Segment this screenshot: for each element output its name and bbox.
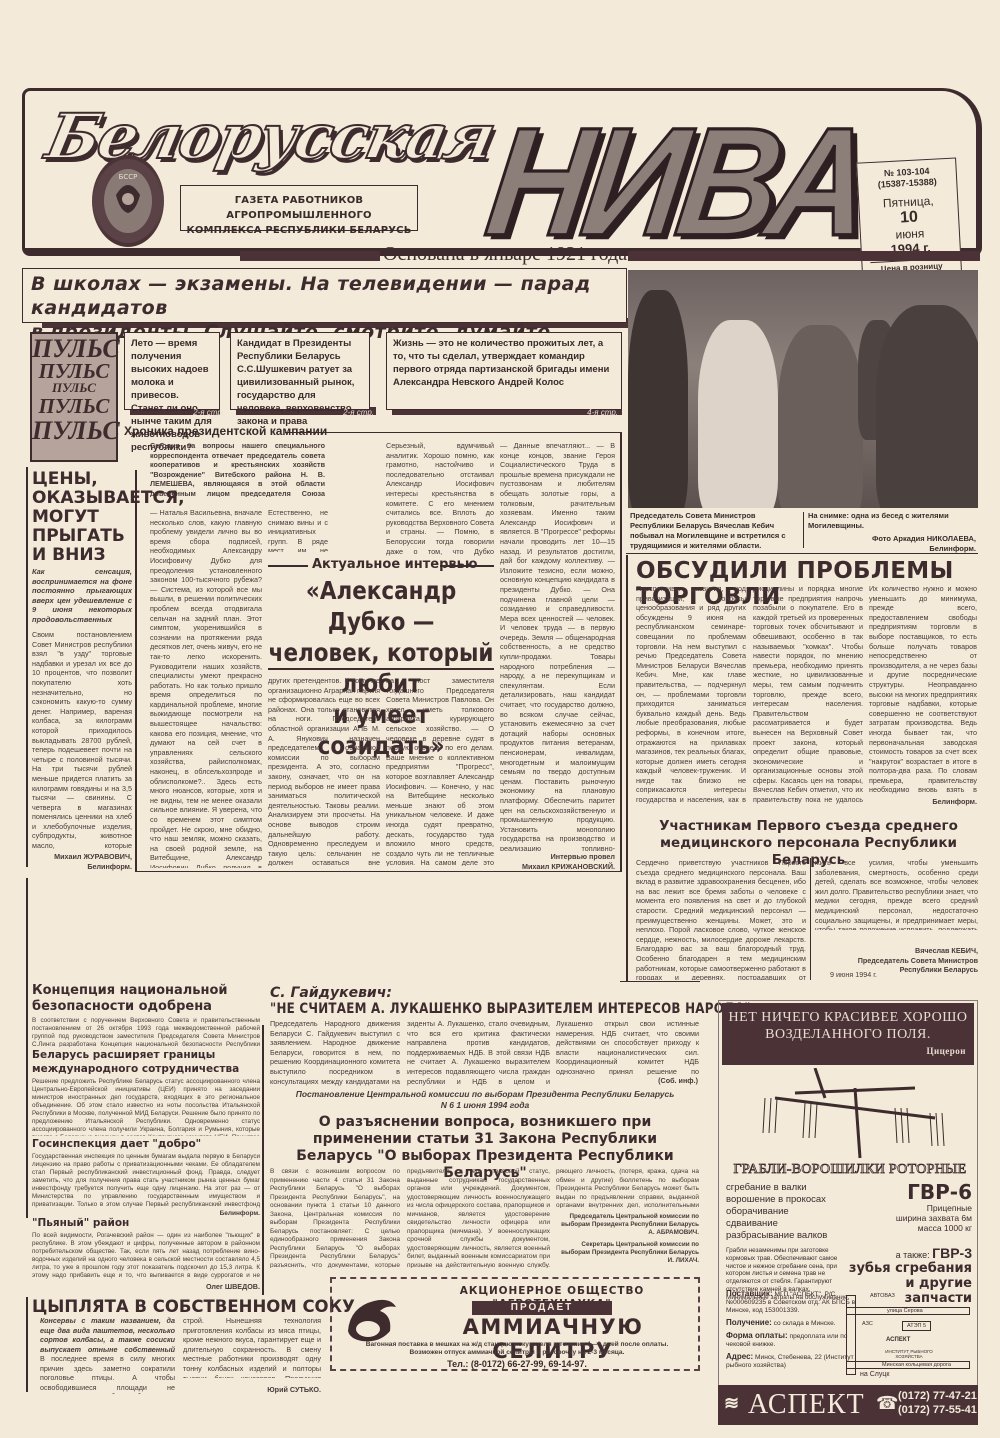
brief-headline: "Пьяный" район — [32, 1217, 260, 1229]
medical-headline-line: Участникам Первого съезда среднего — [636, 818, 981, 835]
gaidukevich-kicker: С. Гайдукевич: — [270, 985, 392, 1001]
aspect-model: ГВР-6 — [860, 1180, 972, 1204]
divider-vertical — [810, 858, 811, 980]
map-label: АЗС — [862, 1321, 873, 1327]
teaser-box[interactable]: Жизнь — это не количество прожитых лет, … — [386, 332, 622, 410]
teaser-page-ref: 2-я стр. — [230, 408, 374, 417]
founded-bar-left — [240, 251, 380, 261]
aspect-phones: (0172) 77-47-21 (0172) 77-55-41 — [898, 1389, 977, 1417]
brief-headline: Госинспекция дает "добро" — [32, 1138, 260, 1150]
map-label: Минская кольцевая дорога — [882, 1362, 951, 1368]
gaidukevich-headline: "НЕ СЧИТАЕМ А. ЛУКАШЕНКО ВЫРАЗИТЕЛЕМ ИНТ… — [270, 1001, 751, 1017]
pickup-value: со склада в Минске. — [774, 1320, 836, 1327]
masthead-main-title: НИВА — [479, 105, 875, 259]
prices-body: Своим постановлением Совет Министров рес… — [32, 630, 132, 850]
gaidukevich-column: зиденты А. Лукашенко, стало очевидным, ч… — [407, 1019, 550, 1087]
teaser-page-ref: 4-я стр. — [386, 408, 618, 417]
chickens-column: строй. Нынешняя технология приготовления… — [183, 1316, 321, 1378]
subtitle-line-1: ГАЗЕТА РАБОТНИКОВ АГРОПРОМЫШЛЕННОГО — [181, 193, 417, 223]
photo-credit: Фото Аркадия НИКОЛАЕВА, Белинформ. — [808, 534, 976, 554]
aspect-logo-icon: ≋ — [724, 1393, 739, 1414]
chickens-lead: Консервы с таким названием, да еще два в… — [40, 1316, 175, 1354]
section-label-chronicle: Хроника президентской кампании — [124, 424, 327, 438]
founded-line: Основана в январе 1921 года — [383, 243, 627, 266]
prices-headline: ЦЕНЫ, ОКАЗЫВАЕТСЯ, МОГУТ ПРЫГАТЬ И ВНИЗ — [32, 470, 132, 565]
aspect-location-map[interactable]: улица Серова АВТОВАЗ АЗС АТЭП 5 АСПЕКТ И… — [842, 1287, 974, 1382]
masthead-subtitle: ГАЗЕТА РАБОТНИКОВ АГРОПРОМЫШЛЕННОГО КОМП… — [180, 185, 418, 231]
divider-vertical — [626, 555, 628, 982]
signature-title: Председатель Совета Министров — [815, 956, 978, 966]
resolution-kicker-line: N 6 1 июня 1994 года — [270, 1100, 700, 1111]
interview-headline-line: «Александр Дубко — — [268, 575, 494, 637]
photo-credit-line: Фото Аркадия НИКОЛАЕВА, — [808, 534, 976, 544]
signature-name: И. ЛИХАЧ. — [556, 1257, 699, 1265]
map-label: АВТОВАЗ — [870, 1293, 895, 1299]
address-label: Адрес: — [726, 1352, 753, 1361]
chronicle-column: — Наталья Васильевна, вначале несколько … — [150, 508, 262, 868]
divider-vertical — [262, 1025, 264, 1295]
medical-column: Сердечно приветствую участников Первого … — [636, 858, 806, 980]
chronicle-column: Естественно, не снимаю вины и с инициати… — [268, 508, 328, 552]
pulse-word: ПУЛЬС — [32, 381, 116, 395]
also-line: зубья сгребания — [845, 1261, 972, 1276]
prices-credit: Михаил ЖУРАВОВИЧ, Белинформ. — [32, 852, 132, 871]
trade-column: дисциплины и порядка многие торговые пре… — [753, 584, 863, 806]
agrotehnauka-sells: ПРОДАЕТ — [472, 1301, 612, 1315]
pulse-word: ПУЛЬС — [32, 417, 116, 445]
divider — [268, 565, 308, 567]
agency-name: Белинформ. — [869, 797, 977, 807]
function-item: сгребание в валки — [726, 1182, 856, 1194]
agrotehnauka-detail-line: Вагонная поставка в мешках на ж/д станци… — [342, 1341, 692, 1349]
map-label: улица Серова — [887, 1308, 923, 1314]
chickens-column: В последнее время в силу многих причин з… — [40, 1354, 175, 1394]
brief-body: Государственная инспекция по ценным бума… — [32, 1153, 260, 1209]
medical-column: жить все усилия, чтобы уменьшить заболев… — [815, 858, 978, 930]
banner-headline: В школах — экзамены. На телевидении — па… — [22, 268, 627, 323]
aspect-brand-name: АСПЕКТ — [748, 1389, 865, 1421]
supplier-label: Поставщик: — [726, 1289, 773, 1298]
prices-lead: Как сенсация, воспринимается на фоне пос… — [32, 567, 132, 627]
resolution-column: предъявителя и его правовой статус, выда… — [407, 1168, 550, 1268]
divider-vertical — [26, 1297, 28, 1392]
chronicle-column: — Данные впечатляют... — В конце концов,… — [500, 441, 615, 851]
banner-line-1: В школах — экзамены. На телевидении — па… — [31, 272, 618, 320]
photo-person — [876, 305, 978, 508]
resolution-kicker-line: Постановление Центральной комиссии по вы… — [270, 1089, 700, 1100]
divider-vertical — [620, 432, 622, 872]
rake-machine-image — [755, 1068, 955, 1163]
aspect-ad-quote: НЕТ НИЧЕГО КРАСИВЕЕ ХОРОШО ВОЗДЕЛАННОГО … — [722, 1003, 974, 1065]
resolution-column: ряющего личность, (потеря, кража, сдача … — [556, 1168, 699, 1208]
photo-person — [628, 290, 688, 508]
brief-body: По всей видимости, Рогачевский район — о… — [32, 1232, 260, 1280]
quote-author: Цицерон — [722, 1043, 974, 1060]
spec-item: Прицепные — [845, 1203, 972, 1213]
pulse-word: ПУЛЬС — [32, 361, 116, 381]
aspect-specs: Прицепные ширина захвата 6м масса 1000 к… — [845, 1203, 972, 1233]
pickup-label: Получение: — [726, 1318, 772, 1327]
divider-vertical — [803, 512, 804, 548]
aspect-functions-list: сгребание в валки ворошение в прокосах о… — [726, 1182, 856, 1242]
brief-body: В соответствии с поручением Верховного С… — [32, 1017, 260, 1047]
quote-line: НЕТ НИЧЕГО КРАСИВЕЕ ХОРОШО — [722, 1009, 974, 1026]
agrotehnauka-phone[interactable]: Тел.: (8-0172) 66-27-99, 69-14-97. — [342, 1359, 692, 1369]
brief-body: Решение предложить Республике Беларусь с… — [32, 1078, 260, 1136]
founded-bar-right — [628, 251, 980, 261]
interview-credit: Интервью провел Михаил КРИЖАНОВСКИЙ. — [500, 852, 615, 871]
aspect-contact-info: Поставщик: МГП "АСПЕКТ", Р/С №000609235 … — [726, 1290, 858, 1370]
teaser-text: Жизнь — это не количество прожитых лет, … — [393, 337, 615, 389]
divider — [620, 981, 700, 982]
map-label: на Слуцк — [860, 1371, 889, 1378]
also-label: а также: — [896, 1250, 930, 1260]
divider — [626, 553, 978, 554]
map-label: АТЭП 5 — [902, 1321, 931, 1331]
teaser-page-ref: 2-я стр. — [124, 408, 224, 417]
function-item: оборачивание — [726, 1206, 856, 1218]
author-name: Михаил ЖУРАВОВИЧ, — [32, 852, 132, 862]
agrotehnauka-logo-icon — [340, 1287, 400, 1347]
divider-vertical — [135, 470, 137, 872]
signature-name: А. АБРАМОВИЧ. — [556, 1229, 699, 1237]
divider-vertical — [26, 878, 28, 1218]
brief-headline: Беларусь расширяет границы международног… — [32, 1048, 260, 1076]
interview-column: на пост заместителя тогдашнего Председат… — [386, 676, 494, 866]
aspect-product-title: ГРАБЛИ-ВОРОШИЛКИ РОТОРНЫЕ — [726, 1162, 974, 1178]
news-photo — [628, 270, 978, 508]
signature-title: Председатель Центральной комиссии по выб… — [556, 1213, 699, 1229]
photo-person — [778, 325, 863, 508]
divider — [268, 668, 494, 670]
trade-column: Перспективы развития, ход приватизации, … — [636, 584, 746, 806]
payment-label: Форма оплаты: — [726, 1331, 788, 1340]
agrotehnauka-details: Вагонная поставка в мешках на ж/д станци… — [342, 1341, 692, 1357]
map-aspect-marker: АСПЕКТ — [886, 1337, 910, 1343]
divider — [285, 432, 620, 433]
function-item: разбрасывание валков — [726, 1230, 856, 1242]
spec-item: ширина захвата 6м — [845, 1213, 972, 1223]
teaser-box[interactable]: Кандидат в Президенты Республики Беларус… — [230, 332, 370, 410]
photo-caption: Председатель Совета Министров Республики… — [630, 511, 800, 551]
function-item: ворошение в прокосах — [726, 1194, 856, 1206]
author-name: Юрий СУТЬКО. — [183, 1385, 321, 1395]
function-item: сдваивание — [726, 1218, 856, 1230]
source-note: (Соб. инф.) — [556, 1076, 698, 1086]
brief-headline: Концепция национальной безопасности одоб… — [32, 983, 252, 1015]
trade-column: Их количество нужно и можно уменьшить до… — [869, 584, 977, 796]
signature-name: Вячеслав КЕБИЧ, — [815, 946, 978, 956]
spec-item: масса 1000 кг — [845, 1223, 972, 1233]
teaser-box[interactable]: Лето — время получения высоких надоев мо… — [124, 332, 220, 410]
bssr-emblem-icon: БССР — [92, 155, 164, 247]
pulse-box: ПУЛЬС ПУЛЬС ПУЛЬС ПУЛЬС ПУЛЬС — [30, 332, 118, 462]
chronicle-column: Серьезный, вдумчивый аналитик. Хорошо по… — [386, 441, 494, 557]
subtitle-line-2: КОМПЛЕКСА РЕСПУБЛИКИ БЕЛАРУСЬ — [181, 223, 417, 238]
agrotehnauka-ad: АКЦИОНЕРНОЕ ОБЩЕСТВО "АГРОТЕХНАУКА" ПРОД… — [330, 1277, 700, 1371]
resolution-kicker: Постановление Центральной комиссии по вы… — [270, 1089, 700, 1111]
map-label: ИНСТИТУТ РЫБНОГО ХОЗЯЙСТВА — [882, 1349, 936, 1359]
pulse-word: ПУЛЬС — [32, 336, 116, 361]
medical-date: 9 июня 1994 г. — [830, 970, 877, 980]
photo-person — [698, 320, 778, 508]
also-model: ГВР-3 — [932, 1245, 972, 1261]
quote-line: ВОЗДЕЛАННОГО ПОЛЯ. — [722, 1026, 974, 1043]
author-name: Олег ШВЕДОВ. — [32, 1282, 260, 1292]
divider-vertical — [26, 467, 28, 867]
agrotehnauka-detail-line: Возможен отпуск аммиачной селитры в расс… — [342, 1349, 692, 1357]
divider — [440, 565, 494, 567]
gaidukevich-column: Лукашенко открыл свои истинные намерения… — [556, 1019, 699, 1075]
svg-text:БССР: БССР — [119, 173, 138, 181]
phone-icon: ☎ — [876, 1393, 898, 1414]
pulse-word: ПУЛЬС — [32, 395, 116, 417]
resolution-column: В связи с возникшим вопросом по применен… — [270, 1168, 400, 1268]
agency-name: Белинформ. — [32, 862, 132, 872]
resolution-signature: Председатель Центральной комиссии по выб… — [556, 1213, 699, 1265]
interviewer-label: Интервью провел — [500, 852, 615, 862]
interview-column: других претендентов. К тому же организац… — [268, 676, 380, 866]
signature-title: Секретарь Центральной комиссии по выбора… — [556, 1241, 699, 1257]
aspect-phone[interactable]: (0172) 77-55-41 — [898, 1403, 977, 1417]
gaidukevich-column: Председатель Народного движения Беларуси… — [270, 1019, 400, 1087]
interviewer-name: Михаил КРИЖАНОВСКИЙ. — [500, 862, 615, 872]
chickens-headline: ЦЫПЛЯТА В СОБСТВЕННОМ СОКУ — [32, 1297, 355, 1316]
aspect-phone[interactable]: (0172) 77-47-21 — [898, 1389, 977, 1403]
photo-caption: На снимке: одна из бесед с жителями Моги… — [808, 511, 978, 531]
aspect-brand-bar: ≋ АСПЕКТ ☎ (0172) 77-47-21 (0172) 77-55-… — [718, 1385, 978, 1425]
